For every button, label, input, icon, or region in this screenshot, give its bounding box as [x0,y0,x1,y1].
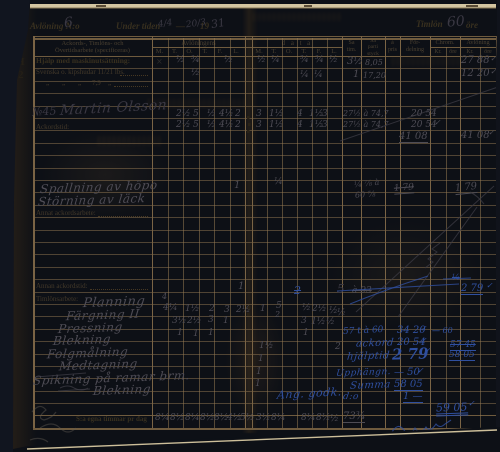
grid-line [72,129,148,131]
printed-label: Timlönsarbete: [36,296,78,303]
col-header-a-pris: à pris [385,40,400,54]
handwriting-mark: 8,05 [365,59,383,67]
handwriting-mark: 8½ [200,414,214,423]
handwriting-mark: ✓ [468,400,475,408]
handwriting-mark: 1 [260,305,266,314]
period-dash: — [176,22,185,31]
handwriting-mark: 1½ [185,305,199,314]
rate-label: Timlön [416,20,443,29]
handwriting-mark: 2½ [236,306,250,315]
handwriting-mark: 4¼ [163,304,177,313]
handwriting-mark: 2½ [176,110,190,119]
handwriting-mark: 1 [255,380,261,389]
handwriting-mark: 1½ [269,121,283,130]
handwriting-mark: ¼ [314,71,323,80]
printed-label: Annan ackordstid: [36,283,88,290]
handwriting-mark: 58 05 [449,351,475,361]
handwriting-mark: d:o [342,393,359,402]
handwriting-mark: Summa [349,380,391,391]
handwriting-mark: 1 [234,181,240,191]
handwriting-mark: 58 05 [394,380,423,391]
handwriting-mark: ✓ [424,347,431,355]
handwriting-mark: ✓ [488,129,495,137]
handwriting-mark: ¾ [315,56,324,65]
handwriting-mark: 17,20 [363,72,386,80]
handwriting-mark: 60 ⅞ [355,190,376,199]
printed-label: Hjälp med maskinutsättning: [36,57,130,65]
handwriting-mark: 6 [63,16,73,31]
handwriting-mark: hjälptid [346,351,390,363]
handwriting-mark: ¾ [191,56,200,65]
handwriting-mark: 8¼ [271,414,285,423]
handwriting-mark: 5 [193,110,199,119]
ore-subheader: öre [445,49,461,56]
handwriting-mark: Blekning [92,383,151,397]
printed-label: Svenska o. kipshudar 11/21 lbs. [36,69,125,76]
handwriting-mark: 2 [294,285,301,296]
handwriting-mark: 3½ [172,317,186,326]
printed-label: „ [46,80,49,87]
handwriting-mark: ✓ [420,325,427,333]
handwriting-mark: ¼ [271,56,280,65]
handwriting-mark: ¾ [300,56,309,65]
handwriting-mark: 2 79 [461,284,483,295]
period-label: Under tiden [116,22,160,31]
handwriting-mark: 1 [238,282,244,292]
col-header-avloning: Avlöning [460,39,496,46]
handwriting-mark: ✓ [490,68,497,76]
handwriting-mark: 3 [256,110,262,119]
handwriting-mark: 2½ [187,317,201,326]
handwriting-mark: 60 [447,14,466,29]
handwriting-mark: 73¾ [343,412,365,423]
handwriting-mark: ½ [224,56,233,65]
handwriting-mark: ✓ [434,119,441,127]
handwriting-mark: 1 [193,330,199,339]
printed-label: „ [62,80,65,87]
offset-print-ghost [253,13,341,21]
handwriting-mark: ½ [330,415,339,424]
handwriting-mark: 3 [256,121,262,130]
printed-label: Annat ackordsarbete: [36,210,96,217]
col-header-fordelning: För- delning [400,40,430,54]
rate-unit: öre [466,21,478,30]
handwriting-mark: 2 [335,343,341,352]
handwriting-mark: 27 88 [461,56,490,66]
handwriting-mark: 1½ [269,110,283,119]
handwriting-mark: 2½ [312,305,326,314]
kronor-subheader: Kr. [430,49,446,56]
handwriting-mark: 3½ [256,414,270,423]
handwriting-mark: Störning av läck [37,192,146,208]
handwriting-mark: 2 [209,305,215,314]
handwriting-mark: 5 [193,121,199,130]
handwriting-mark: 2 [235,121,241,130]
handwriting-mark: ✓ [417,367,424,375]
printed-label: „ [78,80,81,87]
handwriting-mark: ✓ [486,282,493,290]
group-header-avloningens: Avlöningens [152,40,245,48]
handwriting-mark: ½ [207,110,216,119]
handwriting-mark: 1 [177,329,183,338]
grid-line [90,288,148,290]
day-column-header: M. [153,48,167,55]
grid-line [114,85,148,87]
handwriting-mark: ¼ [452,274,460,282]
handwriting-mark: 1 [256,368,262,377]
handwriting-mark: 1 79 [454,182,477,195]
handwriting-mark: 3 [208,316,214,325]
offset-print-ghost [98,136,162,146]
printed-label: Ackordstid: [36,124,69,131]
handwriting-mark: ½ [257,56,266,65]
handwriting-mark: 2 [235,110,241,119]
handwriting-mark: 20 54 [411,110,437,119]
col-header-sa-tim: Sa tim. [342,40,361,54]
offset-print-ghost [392,57,460,66]
handwriting-mark: ½ [302,304,311,313]
margin-mark-h: H [16,57,25,68]
handwriting-mark: 3 [322,110,328,119]
handwriting-mark: №45 [32,105,57,117]
margin-mark-2: 2 [18,70,24,81]
handwriting-mark: 1 — [403,392,423,403]
col-header-chrom: Chrom. [430,39,460,46]
handwriting-mark: — 60 [432,327,453,335]
handwriting-mark: 1½ [311,318,325,327]
handwriting-mark: 2 [275,311,280,319]
handwriting-mark: 1 [303,329,309,338]
handwriting-mark: 8¼ [301,414,315,423]
handwriting-mark: 59 05 [436,401,468,416]
col-header-sa-parti: Sa parti styck [361,38,385,57]
handwriting-mark: 4½ [219,110,233,119]
handwriting-mark: Ang. godk. [277,386,343,400]
handwriting-mark: 41 08 [399,132,428,143]
handwriting-mark: 1 [258,355,264,364]
handwriting-mark: ackord [355,338,394,349]
handwriting-mark: ½ [337,309,346,318]
handwriting-mark: 8½ [170,414,184,423]
handwriting-mark: 31 [210,17,226,30]
printed-label: 7,9 [92,80,101,87]
handwriting-mark: ✓ [490,55,497,63]
handwriting-mark: 1 [353,70,359,80]
handwriting-mark: 27½ à 74,7 [343,110,389,118]
handwriting-mark: 3 [224,306,230,315]
handwriting-mark: 2½ [176,121,190,130]
handwriting-mark: 8¼ [185,414,199,423]
printed-label: „ [108,80,111,87]
handwriting-mark: 1 [223,317,229,326]
handwriting-mark: ½ [329,56,338,65]
grid-line [98,215,148,217]
ledger-photo: { "header": { "title_label": "Avlöning N… [0,0,500,452]
handwriting-mark: 12 20 [461,69,490,79]
handwriting-mark: 8½ [316,414,330,423]
handwriting-mark: 41 08 [461,131,490,141]
handwriting-mark: ¼ [274,178,283,187]
printed-label: S:a egna timmar pr dag [76,416,147,423]
group-header-data: d a t a [252,40,342,48]
handwriting-mark: 1½ [259,342,273,351]
handwriting-mark: × [156,58,163,66]
handwriting-mark: à 93 [352,287,372,296]
handwriting-mark: 4 [297,121,303,130]
handwriting-mark: 1 79 [394,183,415,194]
handwriting-mark: 4½ [219,121,233,130]
day-column-header: O. [282,48,296,55]
day-column-header: T. [198,48,212,55]
handwriting-mark: 4 [297,110,303,119]
handwriting-mark: 20 54 [411,121,437,130]
handwriting-mark: ½ [207,121,216,130]
handwriting-mark: ½ [191,69,200,78]
handwriting-mark: ½ [326,318,335,327]
handwriting-mark: 4 [162,293,167,301]
handwriting-mark: ¼ [300,71,309,80]
handwriting-mark: 27½ à 74,7 [343,121,389,129]
desc-column-header: Ackords-, Timlöns- och Övertidsarbete (s… [34,40,151,55]
handwriting-mark: 3 [322,121,328,130]
handwriting-mark: 5 [337,283,345,295]
handwriting-mark: 1 [208,329,214,338]
handwriting-mark: 8¼ [155,414,169,423]
handwriting-mark: 5½ [240,414,254,423]
handwriting-mark: 3½ [347,57,363,67]
handwriting-mark: ½ [176,56,185,65]
handwriting-mark: 3 [301,317,307,326]
